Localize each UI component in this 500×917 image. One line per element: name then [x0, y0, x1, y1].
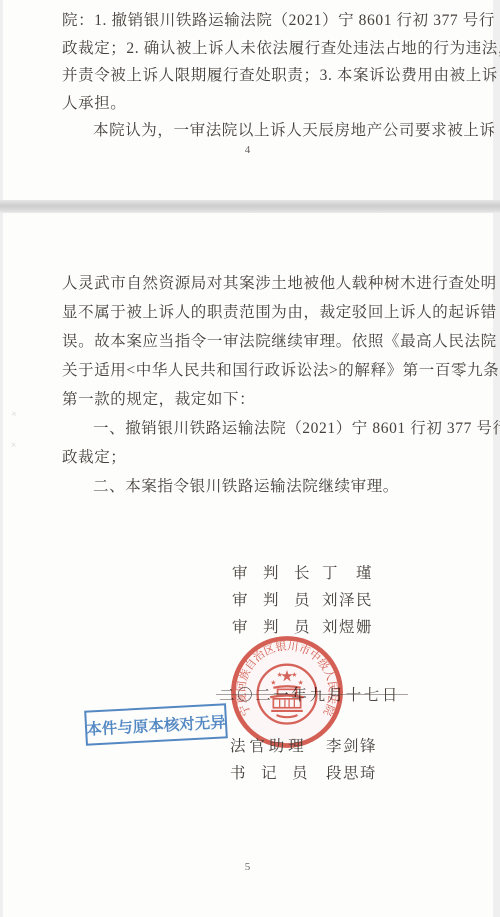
staff-name: 段思琦 — [326, 765, 377, 782]
judge-signature-row: 审 判 员刘泽民 — [232, 591, 373, 611]
judge-name: 丁 瑾 — [322, 565, 373, 582]
document-line: 显不属于被上诉人的职责范围为由，裁定驳回上诉人的起诉错 — [62, 298, 493, 327]
verification-stamp: 本件与原本核对无异 — [84, 703, 228, 745]
document-line: 一、撤销银川铁路运输法院（2021）宁 8601 行初 377 号行 — [62, 414, 493, 443]
document-line: 人承担。 — [62, 90, 493, 118]
page-5-text: 人灵武市自然资源局对其案涉土地被他人载种树木进行查处明 显不属于被上诉人的职责范… — [3, 213, 493, 501]
page-gap — [0, 200, 500, 213]
document-line: 院：1. 撤销银川铁路运输法院（2021）宁 8601 行初 377 号行 — [62, 7, 493, 35]
judge-role-label: 审 判 员 — [232, 591, 322, 611]
page-4-text: 院：1. 撤销银川铁路运输法院（2021）宁 8601 行初 377 号行 政裁… — [3, 0, 493, 145]
document-line: 并责令被上诉人限期履行查处职责；3. 本案诉讼费用由被上诉 — [62, 62, 493, 90]
document-line: 政裁定；2. 确认被上诉人未依法履行查处违法占地的行为违法， — [62, 35, 493, 63]
document-line: 政裁定； — [62, 443, 493, 472]
scan-line-artifact — [216, 694, 408, 695]
document-viewer: 院：1. 撤销银川铁路运输法院（2021）宁 8601 行初 377 号行 政裁… — [0, 0, 500, 917]
staff-role-label: 书 记 员 — [230, 764, 326, 784]
document-line: 第一款的规定，裁定如下： — [62, 385, 493, 414]
page-5: 人灵武市自然资源局对其案涉土地被他人载种树木进行查处明 显不属于被上诉人的职责范… — [3, 213, 493, 917]
staff-signature-row: 书 记 员段思琦 — [230, 764, 377, 784]
staff-role-label: 法 官 助 理 — [230, 737, 326, 757]
page-4: 院：1. 撤销银川铁路运输法院（2021）宁 8601 行初 377 号行 政裁… — [3, 0, 493, 200]
staff-signature-row: 法 官 助 理李剑锋 — [230, 737, 377, 757]
judge-role-label: 审 判 长 — [232, 564, 322, 584]
page-number: 5 — [3, 861, 493, 873]
page-number: 4 — [3, 144, 493, 156]
document-line: 本院认为，一审法院以上诉人天辰房地产公司要求被上诉 — [62, 117, 493, 145]
judge-name: 刘泽民 — [322, 592, 373, 609]
document-line: 关于适用<中华人民共和国行政诉讼法>的解释》第一百零九条 — [62, 356, 493, 385]
document-line: 误。故本案应当指令一审法院继续审理。依照《最高人民法院 — [62, 327, 493, 356]
document-line: 人灵武市自然资源局对其案涉土地被他人载种树木进行查处明 — [62, 269, 493, 298]
staff-name: 李剑锋 — [326, 738, 377, 755]
document-line: 二、本案指令银川铁路运输法院继续审理。 — [62, 472, 493, 501]
judge-signature-row: 审 判 长丁 瑾 — [232, 564, 373, 584]
scan-artifact: × — [10, 441, 17, 452]
